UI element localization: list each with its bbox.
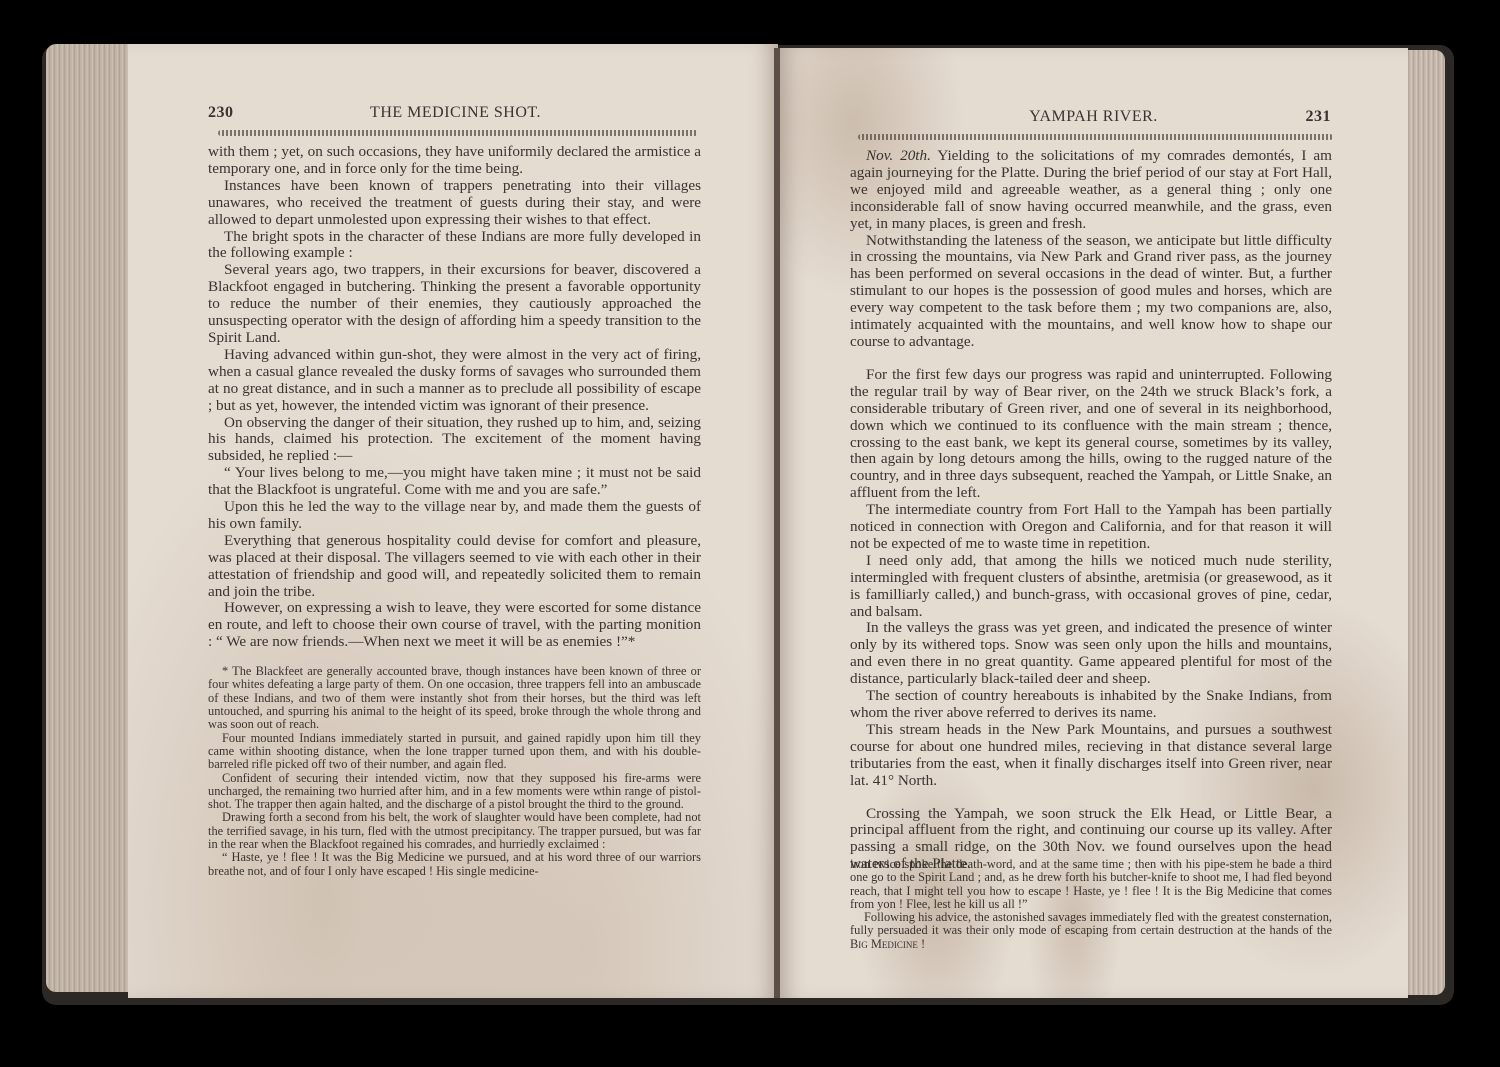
wavy-rule bbox=[858, 134, 1333, 140]
paragraph: The intermediate country from Fort Hall … bbox=[850, 502, 1332, 553]
footnote: * The Blackfeet are generally accounted … bbox=[208, 665, 701, 878]
wavy-rule bbox=[218, 130, 698, 136]
footnote-paragraph: * The Blackfeet are generally accounted … bbox=[208, 665, 701, 731]
footnote-paragraph: Confident of securing their intended vic… bbox=[208, 772, 701, 812]
footnote-continued: iron twice spoke the death-word, and at … bbox=[850, 858, 1332, 951]
paragraph: This stream heads in the New Park Mounta… bbox=[850, 722, 1332, 790]
paragraph: Instances have been known of trappers pe… bbox=[208, 178, 701, 229]
running-head-right: YAMPAH RIVER. 231 bbox=[856, 108, 1331, 128]
paragraph: Nov. 20th. Yielding to the solicitations… bbox=[850, 148, 1332, 233]
paragraph: Upon this he led the way to the village … bbox=[208, 499, 701, 533]
page-number: 231 bbox=[1306, 108, 1332, 126]
left-page: 230 THE MEDICINE SHOT. with them ; yet, … bbox=[128, 44, 778, 998]
paragraph: The bright spots in the character of the… bbox=[208, 229, 701, 263]
page-block-right-edge bbox=[1405, 50, 1445, 995]
running-head-title: THE MEDICINE SHOT. bbox=[208, 104, 703, 122]
paragraph: I need only add, that among the hills we… bbox=[850, 553, 1332, 621]
footnote-paragraph: Following his advice, the astonished sav… bbox=[850, 911, 1332, 951]
big-medicine-smallcaps: Big Medicine bbox=[850, 937, 918, 951]
paragraph: Having advanced within gun-shot, they we… bbox=[208, 347, 701, 415]
footnote-paragraph: Four mounted Indians immediately started… bbox=[208, 732, 701, 772]
running-head-title: YAMPAH RIVER. bbox=[856, 108, 1331, 126]
paragraph: Notwithstanding the lateness of the seas… bbox=[850, 233, 1332, 351]
body-text: Nov. 20th. Yielding to the solicitations… bbox=[850, 148, 1332, 873]
paragraph: In the valleys the grass was yet green, … bbox=[850, 620, 1332, 688]
footnote-paragraph: iron twice spoke the death-word, and at … bbox=[850, 858, 1332, 911]
paragraph: On observing the danger of their situati… bbox=[208, 415, 701, 466]
paragraph: For the first few days our progress was … bbox=[850, 367, 1332, 502]
date-lead: Nov. 20th. bbox=[866, 147, 931, 164]
running-head-left: 230 THE MEDICINE SHOT. bbox=[208, 104, 703, 124]
body-text: with them ; yet, on such occasions, they… bbox=[208, 144, 701, 878]
footnote-paragraph: Drawing forth a second from his belt, th… bbox=[208, 811, 701, 851]
paragraph: However, on expressing a wish to leave, … bbox=[208, 600, 701, 651]
book-gutter bbox=[774, 48, 780, 998]
paragraph: “ Your lives belong to me,—you might hav… bbox=[208, 465, 701, 499]
paragraph: with them ; yet, on such occasions, they… bbox=[208, 144, 701, 178]
right-page: YAMPAH RIVER. 231 Nov. 20th. Yielding to… bbox=[778, 48, 1408, 998]
paragraph: Several years ago, two trappers, in thei… bbox=[208, 262, 701, 347]
paragraph: Everything that generous hospitality cou… bbox=[208, 533, 701, 601]
paragraph: The section of country hereabouts is inh… bbox=[850, 688, 1332, 722]
footnote-paragraph: “ Haste, ye ! flee ! It was the Big Medi… bbox=[208, 851, 701, 878]
